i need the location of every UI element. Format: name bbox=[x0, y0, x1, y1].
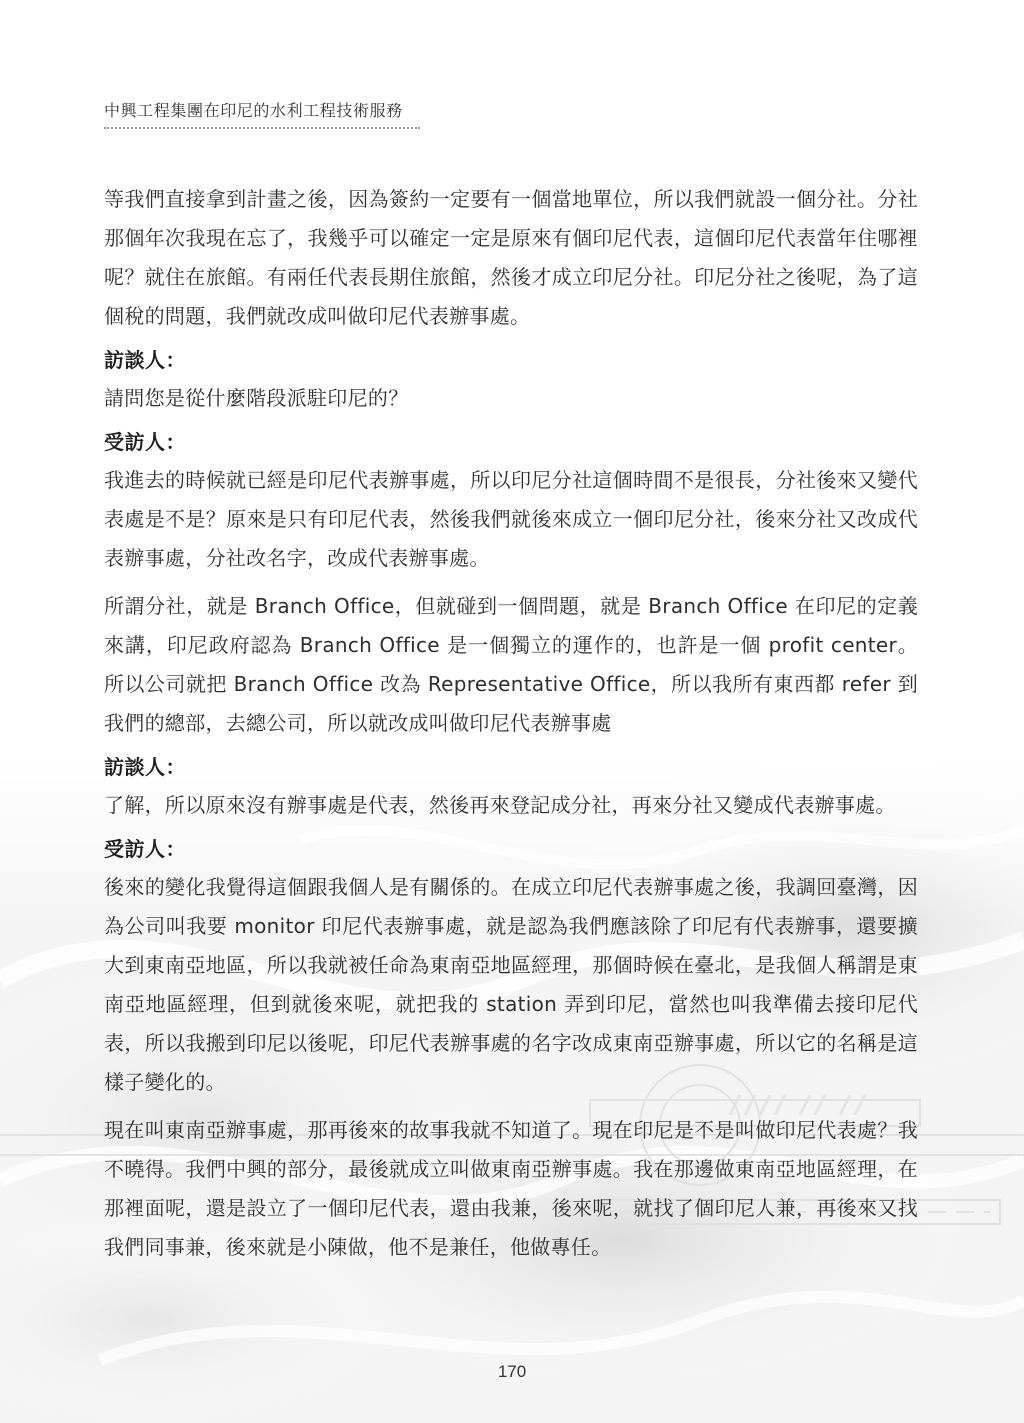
speaker-label-interviewee: 受訪人： bbox=[104, 834, 918, 864]
paragraph: 了解，所以原來沒有辦事處是代表，然後再來登記成分社，再來分社又變成代表辦事處。 bbox=[104, 786, 918, 825]
paragraph: 現在叫東南亞辦事處，那再後來的故事我就不知道了。現在印尼是不是叫做印尼代表處？我… bbox=[104, 1111, 918, 1267]
page-body: 等我們直接拿到計畫之後，因為簽約一定要有一個當地單位，所以我們就設一個分社。分社… bbox=[104, 180, 918, 1276]
page-number: 170 bbox=[0, 1362, 1024, 1382]
paragraph: 等我們直接拿到計畫之後，因為簽約一定要有一個當地單位，所以我們就設一個分社。分社… bbox=[104, 180, 918, 336]
speaker-label-interviewer: 訪談人： bbox=[104, 345, 918, 375]
paragraph: 我進去的時候就已經是印尼代表辦事處，所以印尼分社這個時間不是很長，分社後來又變代… bbox=[104, 461, 918, 578]
paragraph: 請問您是從什麼階段派駐印尼的？ bbox=[104, 379, 918, 418]
header-dotted-divider bbox=[104, 127, 420, 129]
running-header: 中興工程集團在印尼的水利工程技術服務 bbox=[104, 101, 422, 129]
speaker-label-interviewer: 訪談人： bbox=[104, 752, 918, 782]
running-title: 中興工程集團在印尼的水利工程技術服務 bbox=[104, 101, 422, 121]
paragraph: 後來的變化我覺得這個跟我個人是有關係的。在成立印尼代表辦事處之後，我調回臺灣，因… bbox=[104, 868, 918, 1102]
speaker-label-interviewee: 受訪人： bbox=[104, 427, 918, 457]
paragraph: 所謂分社，就是 Branch Office，但就碰到一個問題，就是 Branch… bbox=[104, 587, 918, 743]
